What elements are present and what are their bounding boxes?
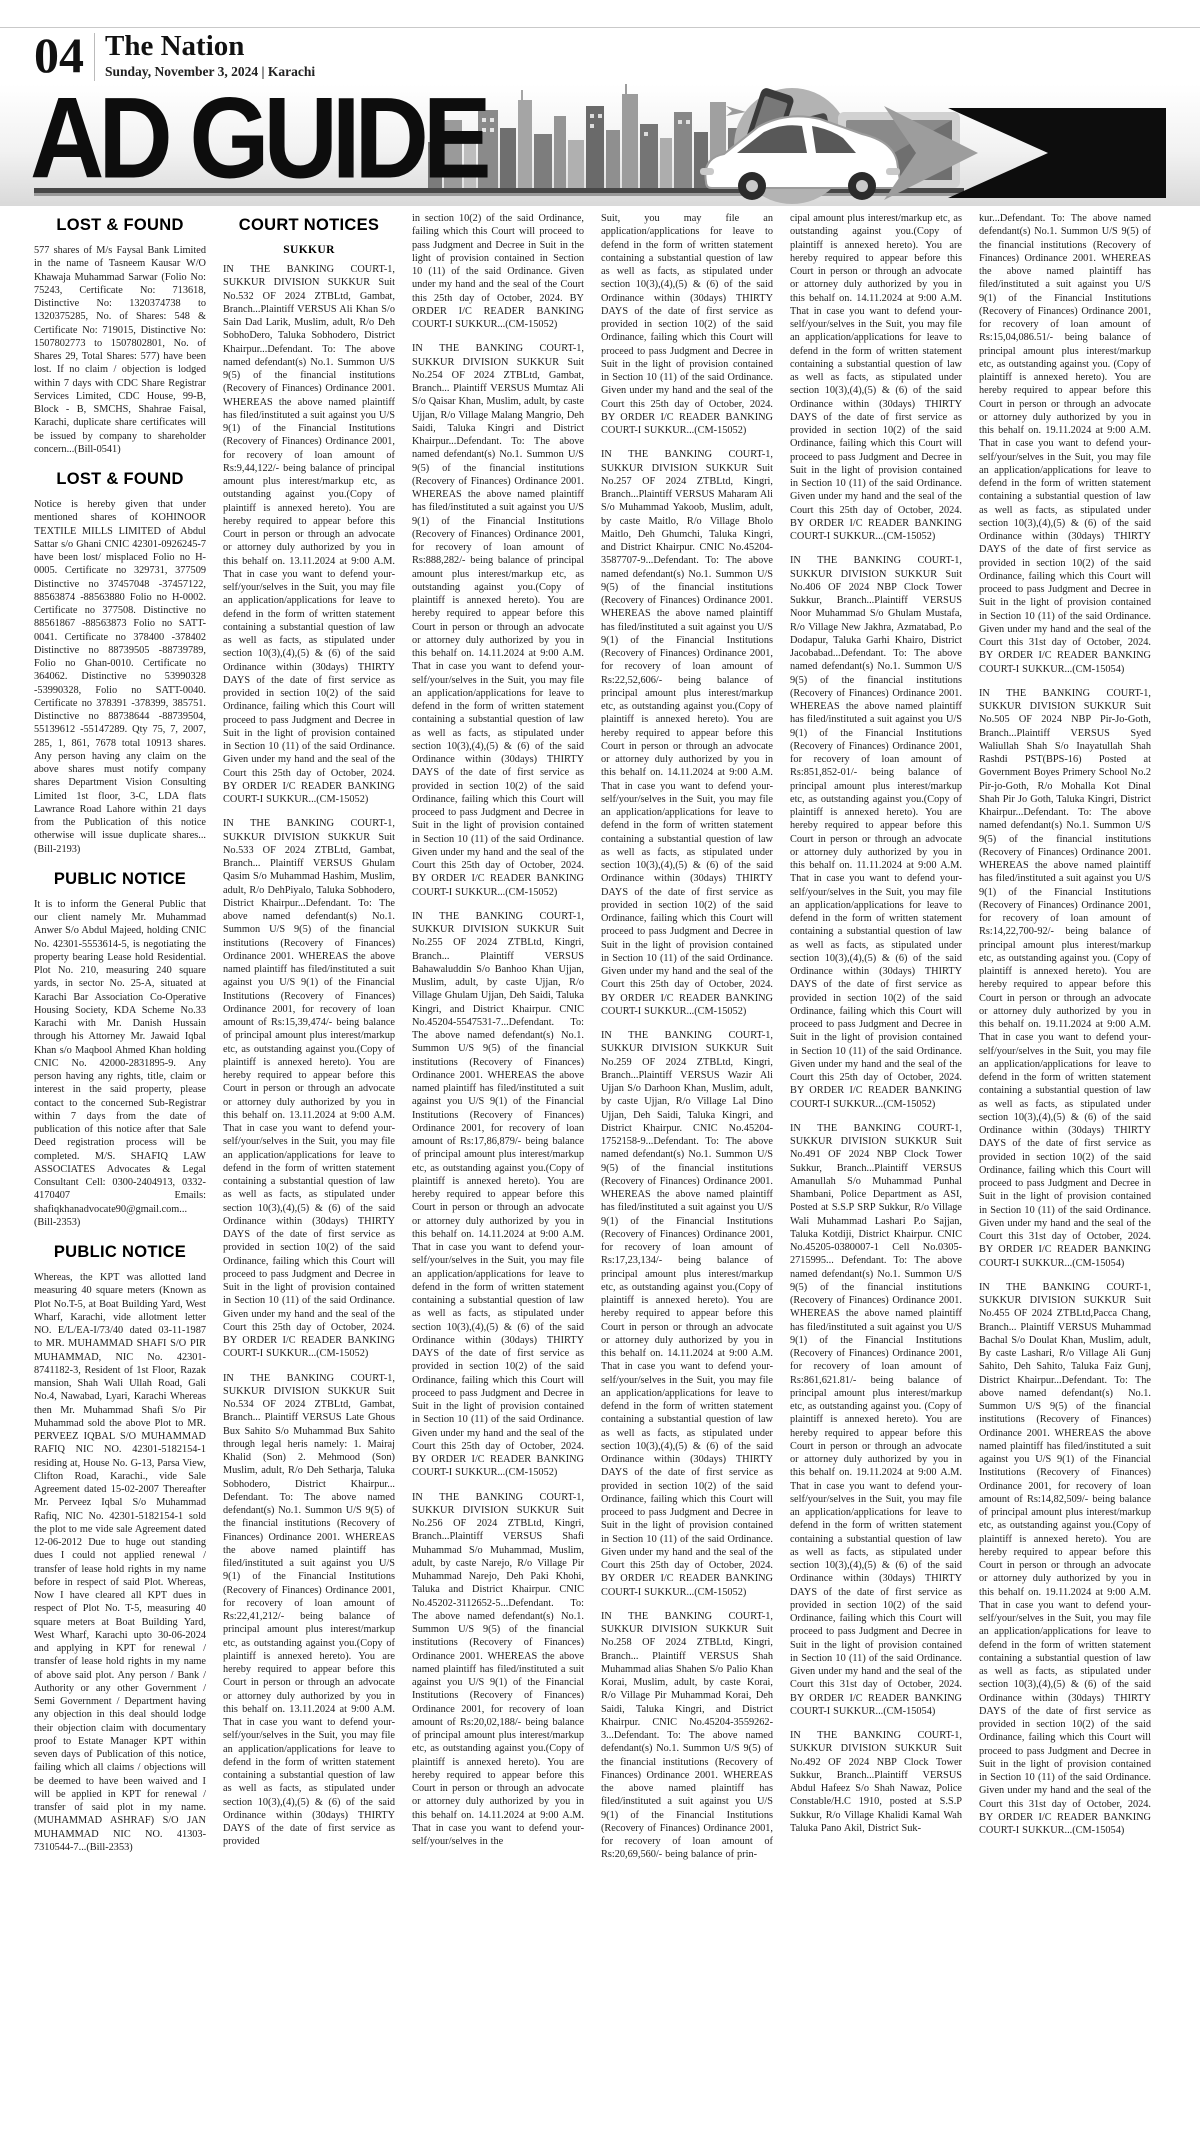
court-notice: IN THE BANKING COURT-1, SUKKUR DIVISION …: [979, 1281, 1151, 1838]
airplane-icon: [726, 106, 746, 116]
section-heading: PUBLIC NOTICE: [34, 1243, 206, 1262]
court-notice-continuation: cipal amount plus interest/markup etc, a…: [790, 212, 962, 543]
court-notice: IN THE BANKING COURT-1, SUKKUR DIVISION …: [601, 448, 773, 1018]
classified-ad: Notice is hereby given that under mentio…: [34, 498, 206, 856]
classified-ad: Whereas, the KPT was allotted land measu…: [34, 1271, 206, 1854]
court-notice: IN THE BANKING COURT-1, SUKKUR DIVISION …: [223, 817, 395, 1360]
masthead: The Nation: [105, 32, 315, 61]
court-notice: IN THE BANKING COURT-1, SUKKUR DIVISION …: [601, 1610, 773, 1862]
classified-ad: 577 shares of M/s Faysal Bank Limited in…: [34, 244, 206, 456]
classified-columns: LOST & FOUND 577 shares of M/s Faysal Ba…: [34, 212, 1166, 2133]
region-subheading: SUKKUR: [223, 244, 395, 256]
section-heading: LOST & FOUND: [34, 470, 206, 489]
court-notice: IN THE BANKING COURT-1, SUKKUR DIVISION …: [412, 1491, 584, 1849]
chevron-arrow-icon: [948, 108, 1166, 198]
ad-guide-banner: AD GUIDE: [0, 84, 1200, 206]
court-notice: IN THE BANKING COURT-1, SUKKUR DIVISION …: [979, 687, 1151, 1270]
court-notice: IN THE BANKING COURT-1, SUKKUR DIVISION …: [223, 1372, 395, 1849]
section-heading: PUBLIC NOTICE: [34, 870, 206, 889]
court-notice: IN THE BANKING COURT-1, SUKKUR DIVISION …: [601, 1029, 773, 1599]
column-4: Suit, you may file an application/applic…: [601, 212, 773, 2133]
court-notice: IN THE BANKING COURT-1, SUKKUR DIVISION …: [790, 1122, 962, 1718]
court-notice: IN THE BANKING COURT-1, SUKKUR DIVISION …: [790, 554, 962, 1111]
column-6: kur...Defendant. To: The above named def…: [979, 212, 1151, 2133]
section-heading: LOST & FOUND: [34, 216, 206, 235]
column-3: in section 10(2) of the said Ordinance, …: [412, 212, 584, 2133]
column-1: LOST & FOUND 577 shares of M/s Faysal Ba…: [34, 212, 206, 2133]
column-2: COURT NOTICES SUKKUR IN THE BANKING COUR…: [223, 212, 395, 2133]
court-notice-continuation: kur...Defendant. To: The above named def…: [979, 212, 1151, 676]
court-notice: IN THE BANKING COURT-1, SUKKUR DIVISION …: [412, 342, 584, 899]
court-notice: IN THE BANKING COURT-1, SUKKUR DIVISION …: [412, 910, 584, 1480]
classified-ad: It is to inform the General Public that …: [34, 898, 206, 1229]
section-heading: COURT NOTICES: [223, 216, 395, 235]
column-5: cipal amount plus interest/markup etc, a…: [790, 212, 962, 2133]
court-notice: IN THE BANKING COURT-1, SUKKUR DIVISION …: [790, 1729, 962, 1835]
ad-guide-title: AD GUIDE: [30, 72, 486, 204]
top-rule: [0, 27, 1200, 28]
court-notice-continuation: in section 10(2) of the said Ordinance, …: [412, 212, 584, 331]
court-notice: IN THE BANKING COURT-1, SUKKUR DIVISION …: [223, 263, 395, 806]
court-notice-continuation: Suit, you may file an application/applic…: [601, 212, 773, 437]
